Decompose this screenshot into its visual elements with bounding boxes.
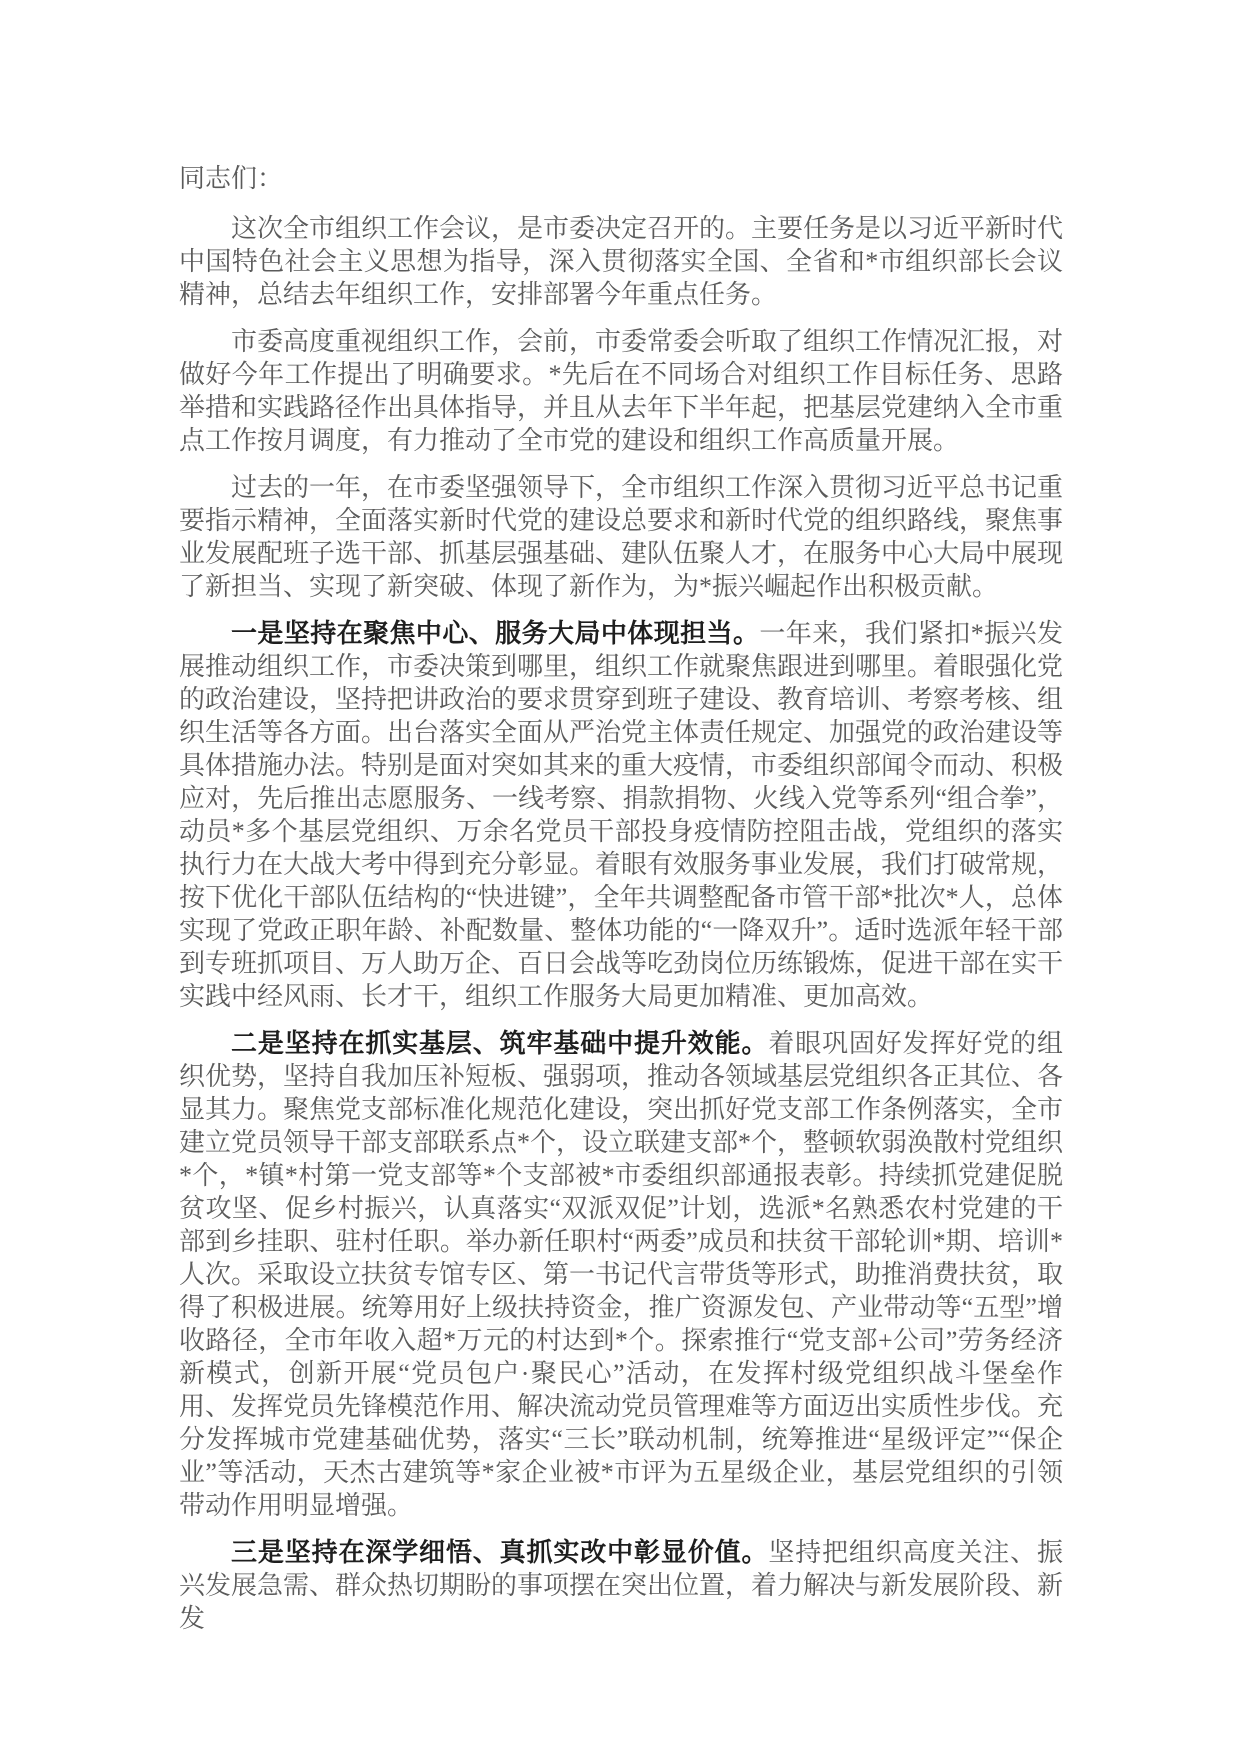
paragraph-3-text: 过去的一年，在市委坚强领导下，全市组织工作深入贯彻习近平总书记重要指示精神，全面… (179, 473, 1063, 601)
paragraph-5-lead: 二是坚持在抓实基层、筑牢基础中提升效能。 (231, 1029, 768, 1058)
document-body: 同志们： 这次全市组织工作会议，是市委决定召开的。主要任务是以习近平新时代中国特… (179, 162, 1063, 1635)
paragraph-2-text: 市委高度重视组织工作，会前，市委常委会听取了组织工作情况汇报，对做好今年工作提出… (179, 327, 1063, 455)
paragraph-5: 二是坚持在抓实基层、筑牢基础中提升效能。着眼巩固好发挥好党的组织优势，坚持自我加… (179, 1027, 1063, 1522)
document-page: 同志们： 这次全市组织工作会议，是市委决定召开的。主要任务是以习近平新时代中国特… (0, 0, 1240, 1754)
paragraph-3: 过去的一年，在市委坚强领导下，全市组织工作深入贯彻习近平总书记重要指示精神，全面… (179, 471, 1063, 603)
paragraph-5-text: 着眼巩固好发挥好党的组织优势，坚持自我加压补短板、强弱项，推动各领域基层党组织各… (179, 1029, 1063, 1520)
paragraph-1-text: 这次全市组织工作会议，是市委决定召开的。主要任务是以习近平新时代中国特色社会主义… (179, 214, 1063, 309)
paragraph-6: 三是坚持在深学细悟、真抓实改中彰显价值。坚持把组织高度关注、振兴发展急需、群众热… (179, 1536, 1063, 1635)
paragraph-1: 这次全市组织工作会议，是市委决定召开的。主要任务是以习近平新时代中国特色社会主义… (179, 212, 1063, 311)
salutation: 同志们： (179, 162, 1063, 195)
paragraph-4: 一是坚持在聚焦中心、服务大局中体现担当。一年来，我们紧扣*振兴发展推动组织工作，… (179, 617, 1063, 1013)
paragraph-2: 市委高度重视组织工作，会前，市委常委会听取了组织工作情况汇报，对做好今年工作提出… (179, 325, 1063, 457)
paragraph-4-text: 一年来，我们紧扣*振兴发展推动组织工作，市委决策到哪里，组织工作就聚焦跟进到哪里… (179, 619, 1063, 1011)
paragraph-6-lead: 三是坚持在深学细悟、真抓实改中彰显价值。 (231, 1538, 768, 1567)
paragraph-4-lead: 一是坚持在聚焦中心、服务大局中体现担当。 (231, 619, 759, 648)
